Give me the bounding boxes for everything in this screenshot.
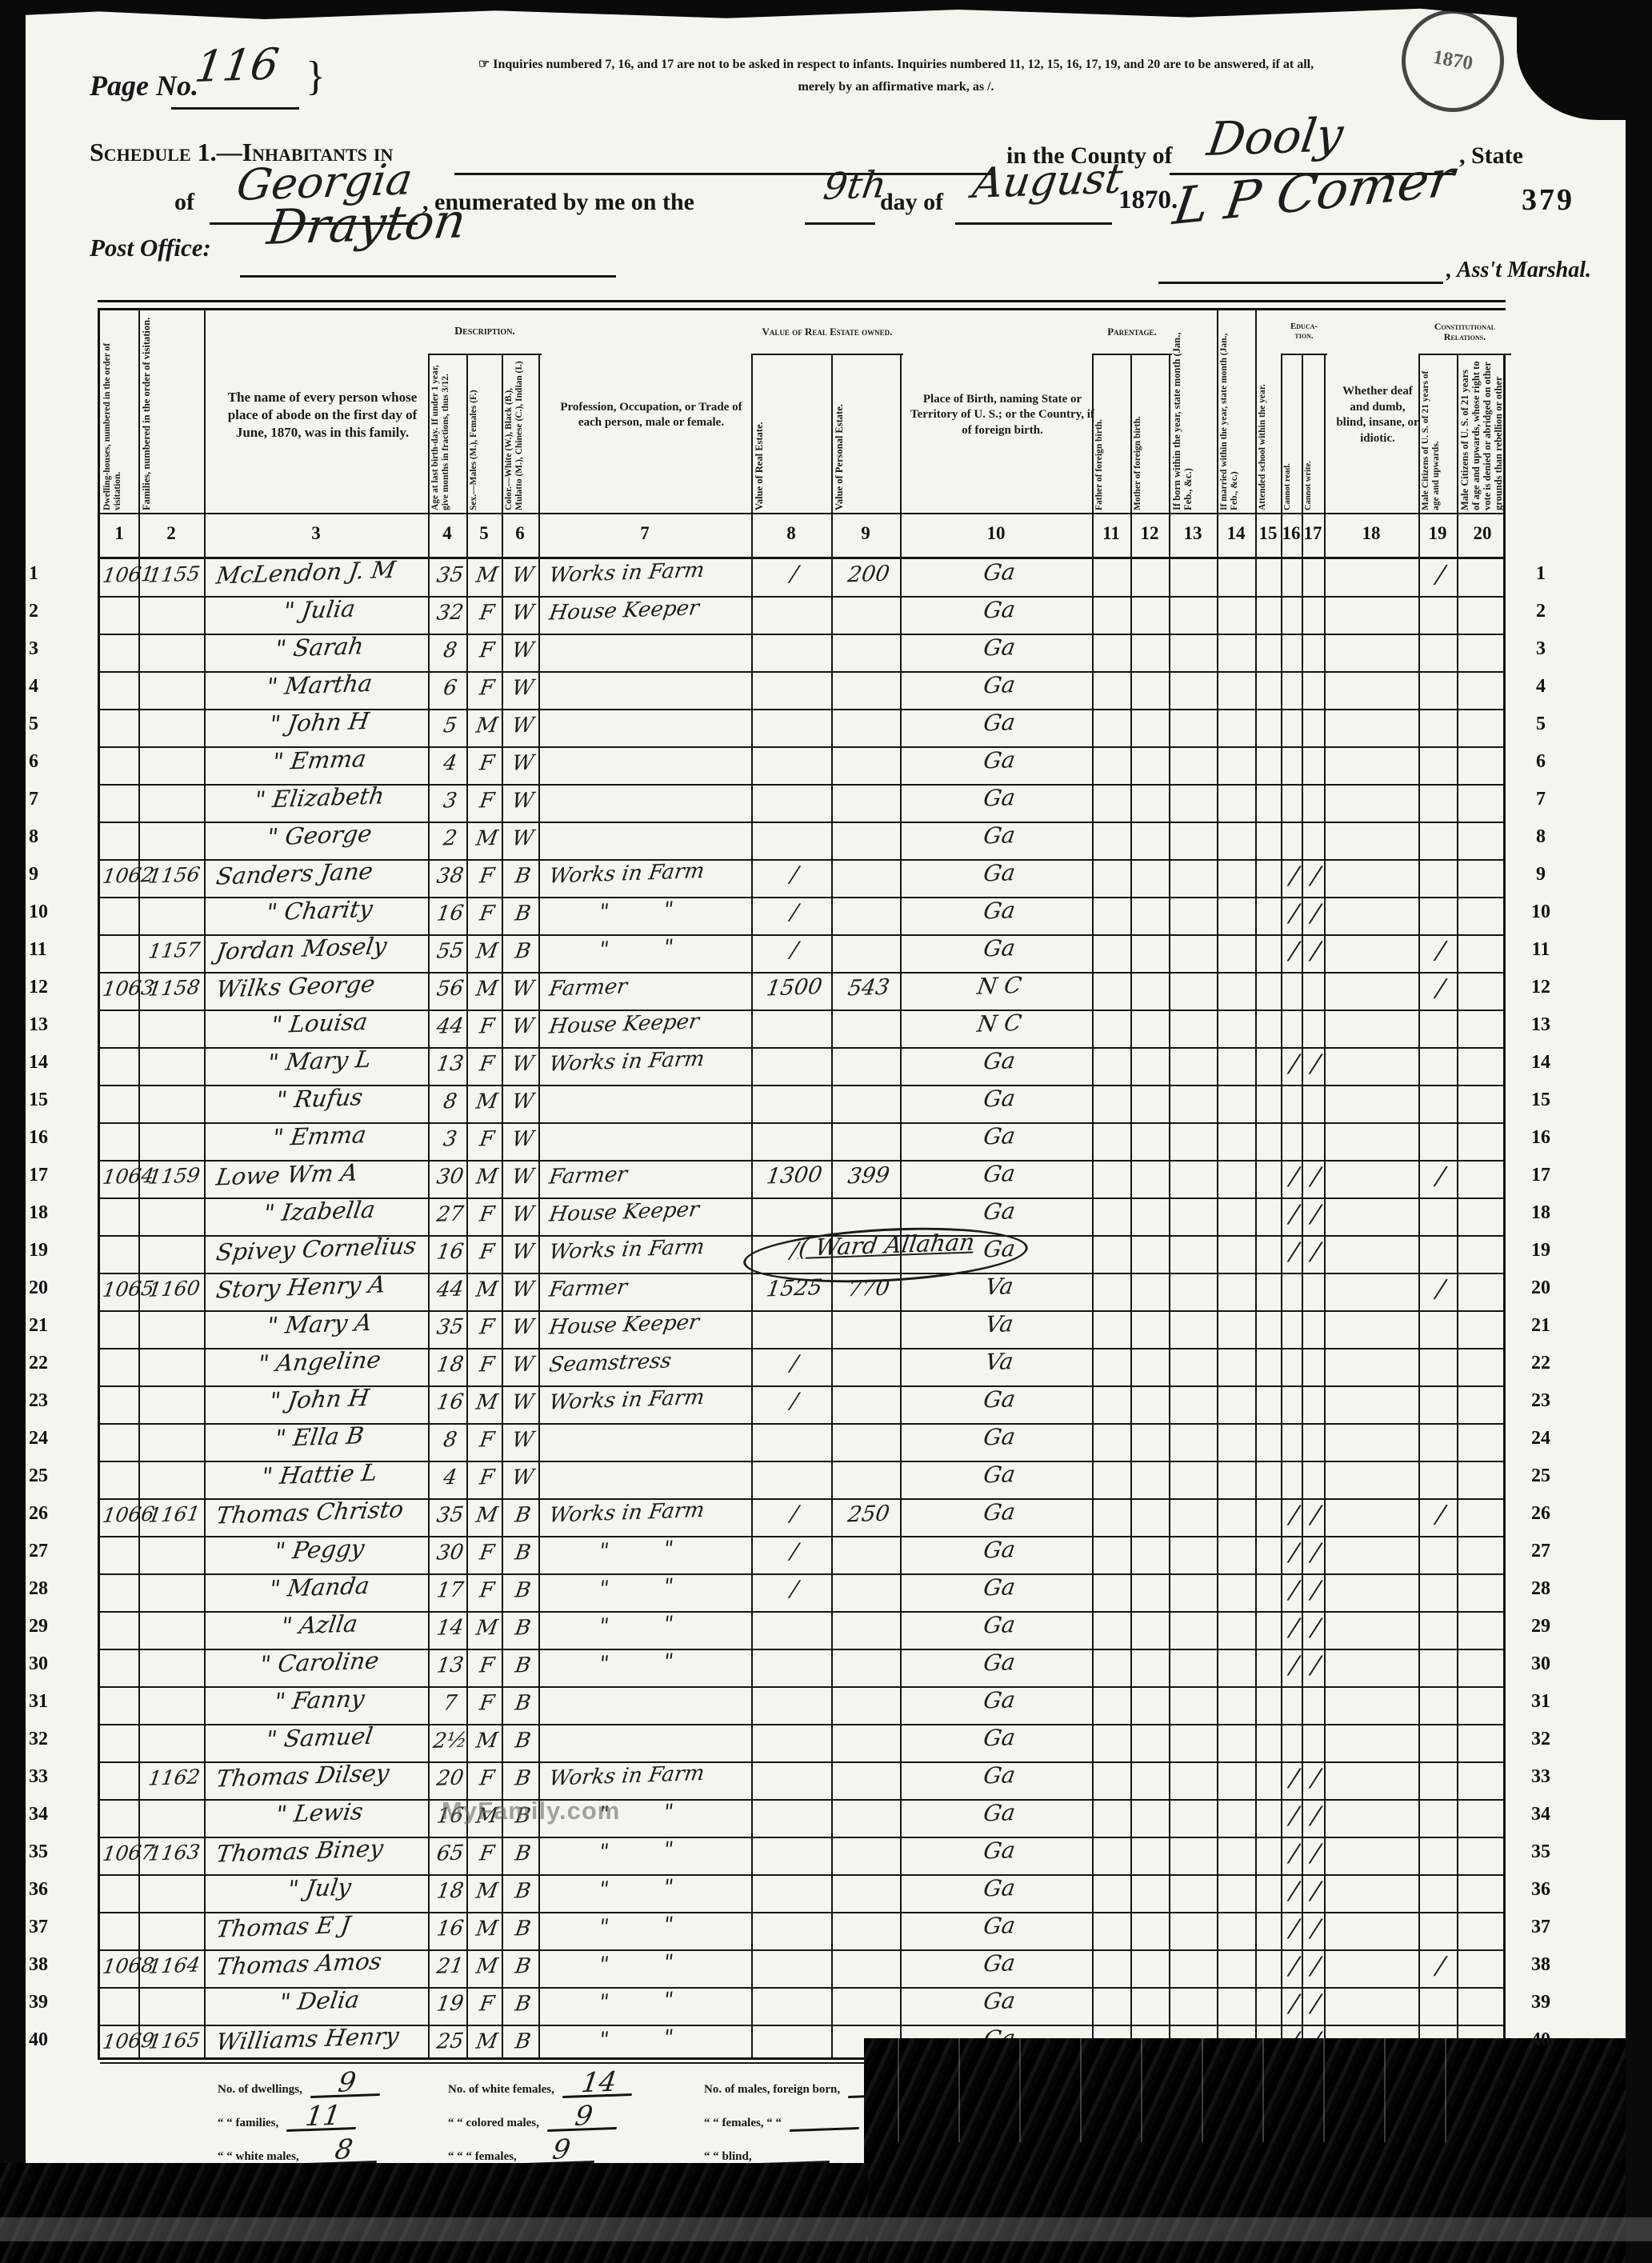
cell-birthplace: Ga [900, 1153, 1098, 1197]
tally-value: 8 [307, 2137, 380, 2165]
cell-age: 13 [428, 1046, 472, 1085]
row-number-right: 14 [1512, 1052, 1570, 1074]
row-number-left: 17 [29, 1165, 74, 1186]
left-black-edge [0, 0, 26, 2263]
cell-color: W [502, 707, 544, 746]
cell-occupation: " " [538, 1641, 758, 1686]
tally-item: “ “ white males,8 [218, 2139, 376, 2165]
cell-sex: F [466, 1647, 507, 1686]
tally-label: “ “ blind, [704, 2150, 752, 2164]
year-label: 1870. [1118, 186, 1178, 215]
row-number-right: 32 [1512, 1729, 1570, 1750]
cell-sex: F [466, 670, 507, 709]
cell-sex: F [466, 1459, 507, 1498]
page-no-value: 116 [192, 38, 282, 92]
cell-family: 1158 [138, 970, 210, 1010]
state-suffix: , State [1459, 142, 1523, 170]
cell-personal-estate: 399 [831, 1157, 906, 1197]
cell-dwelling: 1064 [100, 1158, 144, 1197]
row-number-right: 8 [1512, 826, 1570, 848]
cell-real-estate: / [751, 1383, 837, 1423]
cell-sex: M [466, 1083, 507, 1122]
cell-color: W [502, 1309, 544, 1348]
row-number-left: 31 [29, 1691, 74, 1713]
col-number-9: 9 [831, 523, 900, 544]
cell-family: 1156 [138, 857, 210, 897]
cell-sex: F [466, 1196, 507, 1235]
cell-birthplace: Ga [900, 1605, 1098, 1649]
cell-sex: M [466, 1271, 507, 1310]
cell-color: W [502, 1008, 544, 1047]
cell-birthplace: Ga [900, 778, 1098, 822]
row-number-right: 28 [1512, 1578, 1570, 1600]
cell-color: W [502, 1046, 544, 1085]
cell-real-estate: / [751, 1571, 837, 1611]
row-number-left: 34 [29, 1804, 74, 1825]
cell-dwelling: 1066 [100, 1497, 144, 1536]
cell-sex: M [466, 557, 507, 596]
tally-label: “ “ “ females, [448, 2150, 517, 2164]
col-number-4: 4 [428, 523, 466, 544]
cell-family: 1162 [138, 1759, 210, 1799]
cell-birthplace: Ga [900, 552, 1098, 596]
row-number-right: 7 [1512, 789, 1570, 810]
row-number-right: 15 [1512, 1090, 1570, 1111]
mark-citizen: / [1418, 1497, 1462, 1536]
cell-color: W [502, 1271, 544, 1310]
cell-sex: M [466, 1497, 507, 1536]
row-number-left: 2 [29, 601, 74, 622]
watermark: MyFamily.com [442, 1797, 620, 1825]
tally-label: No. of males, foreign born, [704, 2083, 840, 2097]
row-number-right: 29 [1512, 1616, 1570, 1637]
tally-item: “ “ females, “ “ [704, 2105, 858, 2132]
cell-sex: F [466, 858, 507, 897]
row-number-left: 30 [29, 1653, 74, 1675]
signature-underline [1158, 282, 1443, 284]
post-office-value: Drayton [264, 193, 470, 256]
cell-color: W [502, 1083, 544, 1122]
cell-birthplace: Ga [900, 702, 1098, 746]
grid-vline [1130, 355, 1132, 2057]
tally-label: “ “ families, [218, 2117, 278, 2130]
marshal-label: , Ass't Marshal. [1446, 258, 1591, 283]
row-number-right: 40 [1512, 2029, 1570, 2051]
row-number-left: 12 [29, 977, 74, 998]
mark-citizen: / [1418, 970, 1462, 1010]
cell-sex: F [466, 1233, 507, 1273]
cell-sex: F [466, 1835, 507, 1874]
cell-age: 35 [428, 557, 472, 596]
cell-personal-estate: 200 [831, 556, 906, 596]
post-office-underline [240, 275, 616, 278]
cell-color: B [502, 1685, 544, 1724]
cell-sex: M [466, 707, 507, 746]
cell-color: B [502, 1985, 544, 2025]
row-number-right: 26 [1512, 1503, 1570, 1525]
row-number-left: 3 [29, 638, 74, 660]
group-header-description: Description. [428, 310, 542, 355]
cell-color: B [502, 1722, 544, 1761]
cell-sex: M [466, 970, 507, 1010]
row-number-right: 35 [1512, 1841, 1570, 1863]
cell-name: Williams Henry [204, 2017, 444, 2062]
group-header-parentage: Parentage. [1092, 310, 1172, 355]
col-title-20: Male Citizens of U. S. of 21 years of ag… [1459, 360, 1506, 510]
row-number-right: 9 [1512, 864, 1570, 886]
row-number-right: 37 [1512, 1917, 1570, 1938]
cell-color: W [502, 745, 544, 784]
row-number-right: 20 [1512, 1277, 1570, 1299]
cell-sex: M [466, 1873, 507, 1912]
cell-dwelling: 1061 [100, 557, 144, 596]
cell-sex: F [466, 1985, 507, 2025]
cell-age: 65 [428, 1835, 472, 1874]
cell-personal-estate: 543 [831, 970, 906, 1010]
cell-birthplace: Ga [900, 740, 1098, 784]
cell-color: W [502, 1421, 544, 1461]
row-number-left: 5 [29, 714, 74, 735]
tally-item: “ “ families,11 [218, 2105, 355, 2132]
cell-dwelling: 1063 [100, 970, 144, 1010]
col-number-1: 1 [100, 523, 138, 544]
cell-color: W [502, 594, 544, 634]
col-number-13: 13 [1169, 523, 1217, 544]
cell-age: 44 [428, 1008, 472, 1047]
cell-birthplace: N C [900, 1003, 1098, 1047]
torn-top-edge [0, 0, 1652, 19]
col-title-13: If born within the year, state month (Ja… [1171, 317, 1214, 510]
row-number-left: 22 [29, 1353, 74, 1374]
cell-color: W [502, 970, 544, 1010]
row-number-left: 20 [29, 1277, 74, 1299]
cell-sex: M [466, 933, 507, 972]
cell-color: W [502, 820, 544, 859]
cell-color: W [502, 632, 544, 671]
cell-sex: F [466, 895, 507, 934]
cell-birthplace: Ga [900, 590, 1098, 634]
col-number-17: 17 [1302, 523, 1324, 544]
tally-item: “ “ colored males,9 [448, 2105, 616, 2132]
col-title-2: Families, numbered in the order of visit… [141, 317, 202, 510]
cell-birthplace: Ga [900, 1567, 1098, 1611]
cell-age: 20 [428, 1760, 472, 1799]
cell-sex: F [466, 632, 507, 671]
col-title-4: Age at last birth-day. If under 1 year, … [430, 360, 464, 510]
group-header-value_owned: Value of Real Estate owned. [751, 310, 903, 355]
cell-birthplace: Ga [900, 627, 1098, 671]
cell-birthplace: Ga [900, 1116, 1098, 1160]
group-header-constitutional: Constitutional Relations. [1418, 310, 1511, 355]
cell-color: W [502, 670, 544, 709]
tally-label: “ “ colored males, [448, 2117, 539, 2130]
row-number-left: 1 [29, 563, 74, 585]
cell-color: B [502, 2023, 544, 2062]
cell-occupation: Works in Farm [538, 1039, 766, 1085]
mark-citizen: / [1418, 1948, 1462, 1987]
cell-color: B [502, 1609, 544, 1649]
cell-color: B [502, 1534, 544, 1573]
cell-real-estate: / [751, 1533, 837, 1573]
row-number-right: 39 [1512, 1992, 1570, 2013]
mark-citizen: / [1418, 1271, 1462, 1310]
tally-value: 9 [525, 2137, 598, 2165]
cell-birthplace: Ga [900, 928, 1098, 972]
cell-family: 1164 [138, 1947, 210, 1987]
cell-birthplace: Ga [900, 1793, 1098, 1837]
instructions-line1: ☞ Inquiries numbered 7, 16, and 17 are n… [376, 56, 1416, 72]
col-title-12: Mother of foreign birth. [1133, 360, 1166, 510]
cell-birthplace: Va [900, 1304, 1098, 1348]
cell-color: B [502, 1948, 544, 1987]
cell-birthplace: Ga [900, 1717, 1098, 1761]
row-number-left: 33 [29, 1766, 74, 1788]
col-title-9: Value of Personal Estate. [834, 360, 898, 510]
cell-sex: M [466, 2023, 507, 2062]
cell-sex: F [466, 1421, 507, 1461]
cell-birthplace: Ga [900, 1943, 1098, 1987]
col-title-7: Profession, Occupation, or Trade of each… [542, 347, 761, 483]
col-title-15: Attended school within the year. [1258, 317, 1278, 510]
cell-color: W [502, 1384, 544, 1423]
row-number-right: 31 [1512, 1691, 1570, 1713]
cell-age: 35 [428, 1309, 472, 1348]
row-number-left: 4 [29, 676, 74, 698]
row-number-left: 13 [29, 1014, 74, 1036]
row-number-right: 23 [1512, 1390, 1570, 1412]
cell-dwelling: 1067 [100, 1835, 144, 1874]
cell-real-estate: / [751, 894, 837, 934]
row-number-right: 4 [1512, 676, 1570, 698]
row-number-right: 10 [1512, 902, 1570, 923]
row-number-right: 2 [1512, 601, 1570, 622]
cell-dwelling: 1062 [100, 858, 144, 897]
col-title-5: Sex.—Males (M.), Females (F.) [469, 360, 499, 510]
census-table: Description.Value of Real Estate owned.P… [98, 308, 1506, 2060]
cell-color: W [502, 1158, 544, 1197]
cell-birthplace: Ga [900, 1417, 1098, 1461]
cell-dwelling: 1065 [100, 1271, 144, 1310]
cell-age: 30 [428, 1158, 472, 1197]
row-number-left: 14 [29, 1052, 74, 1074]
cell-age: 18 [428, 1346, 472, 1385]
row-number-left: 25 [29, 1465, 74, 1487]
header-rule [100, 513, 1503, 514]
cell-color: W [502, 557, 544, 596]
row-number-left: 28 [29, 1578, 74, 1600]
cell-color: B [502, 1497, 544, 1536]
cell-color: W [502, 782, 544, 822]
cell-sex: F [466, 1309, 507, 1348]
col-number-15: 15 [1255, 523, 1281, 544]
cell-birthplace: Ga [900, 1830, 1098, 1874]
row-number-left: 18 [29, 1202, 74, 1224]
row-number-left: 16 [29, 1127, 74, 1149]
cell-color: B [502, 858, 544, 897]
col-title-10: Place of Birth, naming State or Territor… [903, 347, 1102, 483]
cell-birthplace: Ga [900, 1905, 1098, 1949]
col-number-19: 19 [1418, 523, 1457, 544]
post-office-label: Post Office: [90, 234, 211, 262]
cell-age: 13 [428, 1647, 472, 1686]
row-number-right: 5 [1512, 714, 1570, 735]
cell-sex: F [466, 782, 507, 822]
row-number-right: 38 [1512, 1954, 1570, 1976]
cell-age: 56 [428, 970, 472, 1010]
col-title-16: Cannot read. [1283, 360, 1299, 510]
row-number-left: 11 [29, 939, 74, 961]
cell-family: 1155 [138, 556, 210, 596]
cell-occupation: House Keeper [538, 588, 766, 634]
row-number-left: 27 [29, 1541, 74, 1562]
division-blank-underline [454, 173, 994, 175]
cell-sex: M [466, 1910, 507, 1949]
row-number-right: 13 [1512, 1014, 1570, 1036]
tally-label: “ “ females, “ “ [704, 2117, 782, 2130]
mark-citizen: / [1418, 557, 1462, 596]
cell-birthplace: Ga [900, 1492, 1098, 1536]
cell-occupation: " " [538, 2017, 758, 2062]
cell-family: 1160 [138, 1270, 210, 1310]
tally-value: 11 [286, 2103, 359, 2132]
row-number-left: 37 [29, 1917, 74, 1938]
cell-age: 6 [428, 670, 472, 709]
tally-value [790, 2103, 862, 2132]
row-number-left: 24 [29, 1428, 74, 1449]
cell-family: 1165 [138, 2022, 210, 2062]
cell-sex: F [466, 594, 507, 634]
cell-color: B [502, 1835, 544, 1874]
cell-sex: F [466, 1046, 507, 1085]
col-title-11: Father of foreign birth. [1094, 360, 1128, 510]
row-number-right: 21 [1512, 1315, 1570, 1337]
col-number-20: 20 [1457, 523, 1508, 544]
cell-color: W [502, 1233, 544, 1273]
row-number-right: 24 [1512, 1428, 1570, 1449]
cell-personal-estate: 770 [831, 1270, 906, 1310]
col-number-11: 11 [1092, 523, 1130, 544]
col-title-14: If married within the year, state month … [1219, 317, 1253, 510]
row-number-left: 26 [29, 1503, 74, 1525]
row-number-left: 39 [29, 1992, 74, 2013]
row-number-right: 30 [1512, 1653, 1570, 1675]
tally-label: No. of dwellings, [218, 2083, 302, 2097]
cell-age: 21 [428, 1948, 472, 1987]
right-black-edge [1626, 0, 1652, 2263]
cell-dwelling: 1069 [100, 2023, 144, 2062]
cell-color: B [502, 933, 544, 972]
day-value: 9th [821, 162, 889, 208]
cell-birthplace: Ga [900, 1379, 1098, 1423]
row-number-left: 21 [29, 1315, 74, 1337]
row-number-left: 8 [29, 826, 74, 848]
cell-color: W [502, 1121, 544, 1160]
col-title-3: The name of every person whose place of … [207, 347, 438, 483]
row-number-left: 29 [29, 1616, 74, 1637]
row-number-right: 18 [1512, 1202, 1570, 1224]
row-number-right: 1 [1512, 563, 1570, 585]
cell-real-estate: / [751, 1496, 837, 1536]
cell-color: W [502, 1196, 544, 1235]
col-number-16: 16 [1281, 523, 1302, 544]
grid-vline [1255, 310, 1257, 2057]
grid-vline [1457, 355, 1458, 2057]
cell-age: 38 [428, 858, 472, 897]
col-title-19: Male Citizens of U. S. of 21 years of ag… [1421, 360, 1454, 510]
cell-birthplace: Ga [900, 853, 1098, 897]
cell-sex: F [466, 1685, 507, 1724]
cell-color: B [502, 1572, 544, 1611]
col-title-1: Dwelling-houses, numbered in the order o… [102, 317, 136, 510]
county-value: Dooly [1204, 107, 1346, 166]
row-number-left: 7 [29, 789, 74, 810]
row-number-left: 15 [29, 1090, 74, 1111]
double-rule [98, 300, 1506, 302]
dayof-label: day of [880, 189, 943, 216]
row-number-left: 36 [29, 1879, 74, 1901]
cell-birthplace: Ga [900, 1642, 1098, 1686]
scan-gray-band [0, 2217, 1652, 2241]
cell-sex: F [466, 1534, 507, 1573]
tally-label: “ “ white males, [218, 2150, 299, 2164]
date-stamp: 1870 [1402, 10, 1504, 112]
cell-age: 3 [428, 782, 472, 822]
cell-sex: F [466, 1121, 507, 1160]
cell-sex: F [466, 1008, 507, 1047]
mark-citizen: / [1418, 933, 1462, 972]
of-label: of [174, 189, 194, 216]
cell-birthplace: Ga [900, 1755, 1098, 1799]
cell-age: 17 [428, 1572, 472, 1611]
row-number-left: 9 [29, 864, 74, 886]
cell-birthplace: Ga [900, 1041, 1098, 1085]
tally-item: “ “ “ females,9 [448, 2139, 594, 2165]
cell-age: 25 [428, 2023, 472, 2062]
col-number-6: 6 [502, 523, 538, 544]
tally-value: 14 [562, 2069, 635, 2098]
cell-sex: M [466, 1384, 507, 1423]
cell-real-estate: / [751, 857, 837, 897]
cell-birthplace: Ga [900, 1680, 1098, 1724]
row-number-right: 19 [1512, 1240, 1570, 1261]
cell-color: B [502, 895, 544, 934]
cell-sex: F [466, 1346, 507, 1385]
cell-birthplace: Va [900, 1341, 1098, 1385]
col-number-14: 14 [1217, 523, 1255, 544]
day-underline [805, 222, 875, 225]
row-number-left: 19 [29, 1240, 74, 1261]
brace: } [306, 53, 326, 100]
census-document-scan: Page No. 116 } ☞ Inquiries numbered 7, 1… [0, 0, 1652, 2263]
cell-color: W [502, 1346, 544, 1385]
cell-birthplace: Ga [900, 1529, 1098, 1573]
cell-sex: M [466, 1158, 507, 1197]
cell-color: W [502, 1459, 544, 1498]
cell-family: 1161 [138, 1496, 210, 1536]
page-no-label: Page No. [90, 69, 198, 102]
tally-label: No. of white females, [448, 2083, 554, 2097]
row-number-left: 35 [29, 1841, 74, 1863]
row-number-right: 33 [1512, 1766, 1570, 1788]
tally-value: 9 [547, 2103, 620, 2132]
cell-age: 5 [428, 707, 472, 746]
cell-sex: M [466, 1722, 507, 1761]
col-number-12: 12 [1130, 523, 1169, 544]
degraded-bottom-left [0, 2163, 868, 2263]
cell-birthplace: Ga [900, 1078, 1098, 1122]
col-number-5: 5 [466, 523, 502, 544]
cell-color: B [502, 1910, 544, 1949]
